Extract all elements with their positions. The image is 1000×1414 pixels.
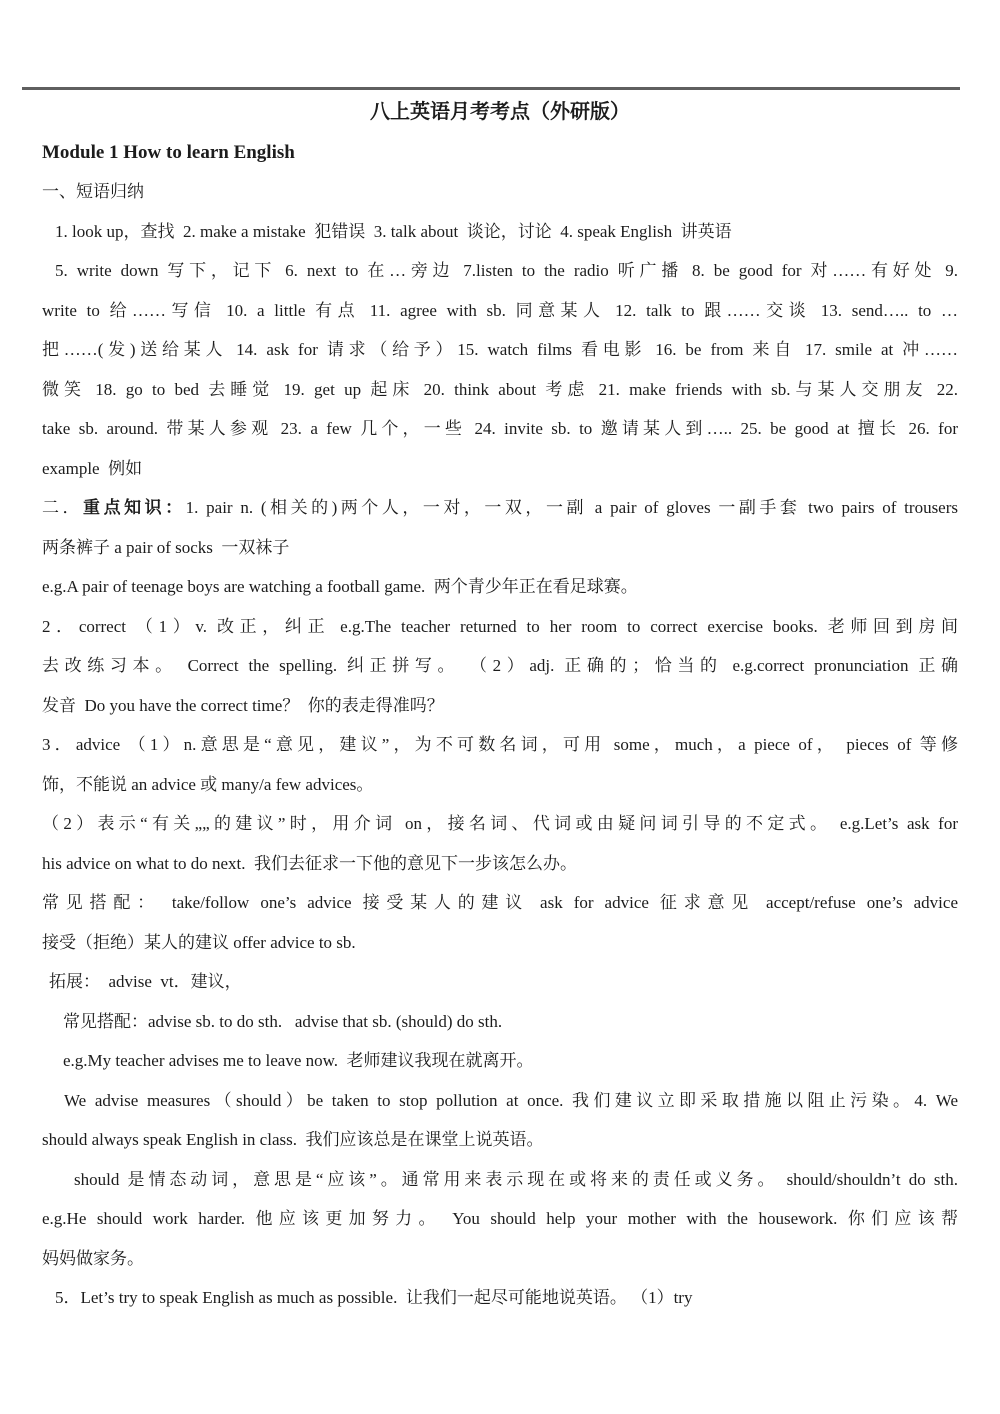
text-line: 常见搭配： take/follow one’s advice 接受某人的建议 a…	[42, 883, 958, 923]
document-content: 八上英语月考考点（外研版） Module 1 How to learn Engl…	[42, 93, 958, 1318]
phrase-line: example 例如	[42, 449, 958, 489]
phrase-line: 把……(发)送给某人 14. ask for 请求（给予）15. watch f…	[42, 330, 958, 370]
text-line: （2）表示“有关„„的建议”时，用介词 on，接名词、代词或由疑问词引导的不定式…	[42, 804, 958, 844]
text-line: 2．correct （1）v. 改正，纠正 e.g.The teacher re…	[42, 607, 958, 647]
text-line: should 是情态动词，意思是“应该”。通常用来表示现在或将来的责任或义务。 …	[42, 1160, 958, 1200]
document-title: 八上英语月考考点（外研版）	[42, 93, 958, 133]
text-line: 发音 Do you have the correct time？ 你的表走得准吗…	[42, 686, 958, 726]
text-line: We advise measures（should）be taken to st…	[42, 1081, 958, 1121]
text-line: 妈妈做家务。	[42, 1239, 958, 1279]
phrase-line: 1. look up，查找 2. make a mistake 犯错误 3. t…	[42, 212, 958, 252]
section2-heading-line: 二．重点知识：1. pair n. (相关的)两个人，一对，一双，一副 a pa…	[42, 488, 958, 528]
text-line: his advice on what to do next. 我们去征求一下他的…	[42, 844, 958, 884]
text-line: 5．Let’s try to speak English as much as …	[42, 1278, 958, 1318]
header-divider	[22, 87, 960, 90]
section2-label: 重点知识：	[83, 498, 186, 517]
text-line: 拓展： advise vt．建议，	[42, 962, 958, 1002]
text-line: e.g.A pair of teenage boys are watching …	[42, 567, 958, 607]
text-line: 3．advice （1）n.意思是“意见，建议”，为不可数名词，可用 some，…	[42, 725, 958, 765]
text-line: should always speak English in class. 我们…	[42, 1120, 958, 1160]
text-line: 去改练习本。 Correct the spelling. 纠正拼写。 （2）ad…	[42, 646, 958, 686]
phrase-line: 微笑 18. go to bed 去睡觉 19. get up 起床 20. t…	[42, 370, 958, 410]
section2-number: 二．	[42, 498, 83, 517]
document-page: 八上英语月考考点（外研版） Module 1 How to learn Engl…	[0, 0, 1000, 1414]
text-line: e.g.He should work harder. 他应该更加努力。 You …	[42, 1199, 958, 1239]
text-line: 接受（拒绝）某人的建议 offer advice to sb.	[42, 923, 958, 963]
text-line: 常见搭配：advise sb. to do sth. advise that s…	[42, 1002, 958, 1042]
phrase-line: take sb. around. 带某人参观 23. a few 几个，一些 2…	[42, 409, 958, 449]
section1-heading: 一、短语归纳	[42, 172, 958, 212]
text-line: 两条裤子 a pair of socks 一双袜子	[42, 528, 958, 568]
phrase-line: 5. write down 写下，记下 6. next to 在…旁边 7.li…	[42, 251, 958, 291]
phrase-line: write to 给……写信 10. a little 有点 11. agree…	[42, 291, 958, 331]
module-heading: Module 1 How to learn English	[42, 133, 958, 173]
text-line: e.g.My teacher advises me to leave now. …	[42, 1041, 958, 1081]
text-line: 饰，不能说 an advice 或 many/a few advices。	[42, 765, 958, 805]
section2-intro-text: 1. pair n. (相关的)两个人，一对，一双，一副 a pair of g…	[186, 498, 958, 517]
